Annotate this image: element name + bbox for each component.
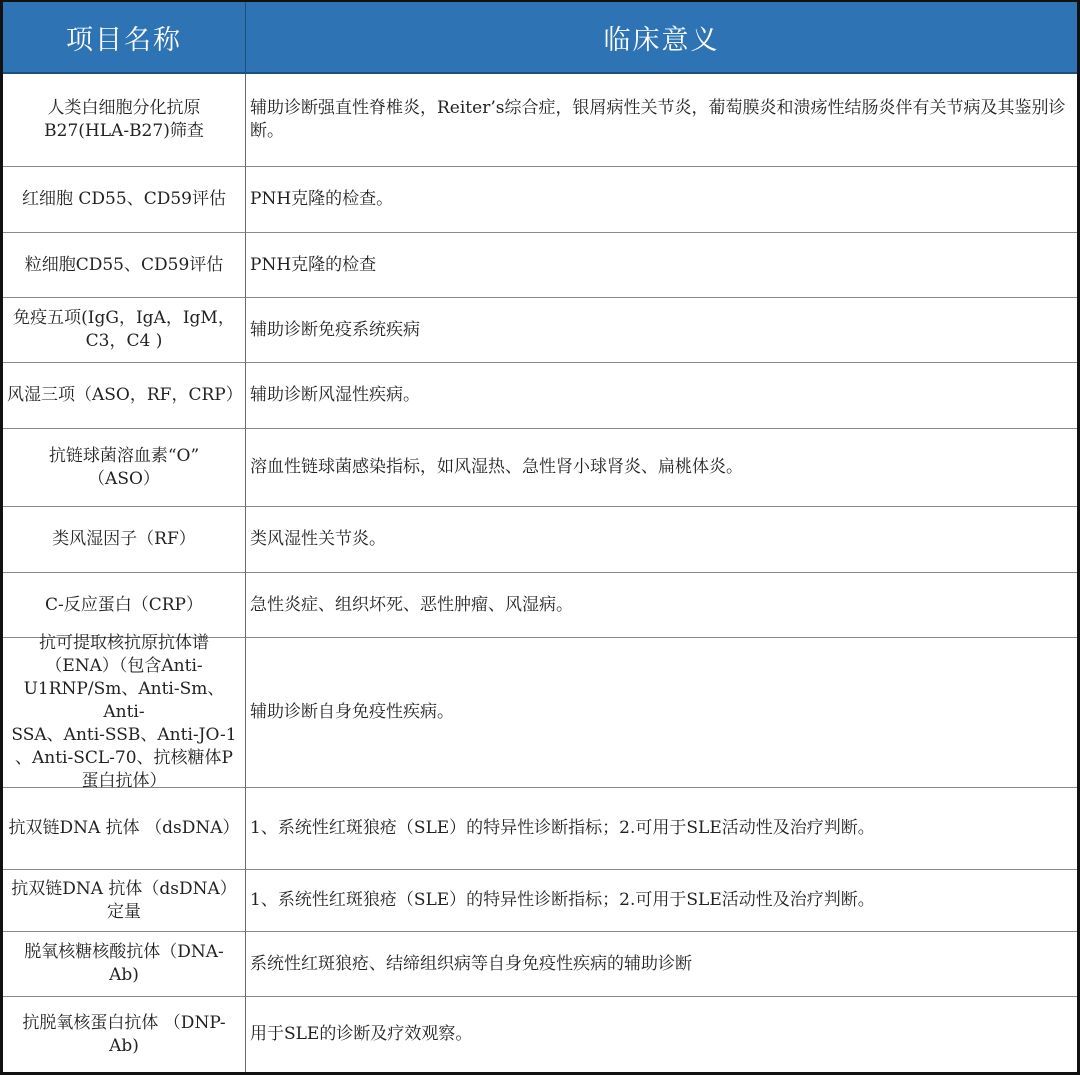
clinical-meaning: 系统性红斑狼疮、结缔组织病等自身免疫性疾病的辅助诊断 bbox=[250, 953, 692, 976]
row-5-name: 风湿三项（ASO，RF，CRP） bbox=[3, 363, 246, 429]
row-13-name: 抗脱氧核蛋白抗体 （DNP- Ab) bbox=[3, 997, 246, 1072]
clinical-meaning: 溶血性链球菌感染指标，如风湿热、急性肾小球肾炎、扁桃体炎。 bbox=[250, 456, 743, 479]
clinical-meaning: PNH克隆的检查 bbox=[250, 254, 376, 277]
row-7-name: 类风湿因子（RF） bbox=[3, 507, 246, 573]
clinical-meaning: 辅助诊断强直性脊椎炎，Reiter’s综合症，银屑病性关节炎，葡萄膜炎和溃疡性结… bbox=[250, 97, 1073, 143]
item-name: 人类白细胞分化抗原 B27(HLA-B27)筛查 bbox=[44, 97, 204, 143]
row-8-name: C-反应蛋白（CRP） bbox=[3, 573, 246, 638]
item-name: 免疫五项(IgG，IgA，IgM， C3，C4 ) bbox=[13, 307, 235, 353]
clinical-meaning: 急性炎症、组织坏死、恶性肿瘤、风湿病。 bbox=[250, 594, 573, 617]
clinical-meaning: 辅助诊断免疫系统疾病 bbox=[250, 319, 420, 342]
row-5-meaning: 辅助诊断风湿性疾病。 bbox=[246, 363, 1077, 429]
clinical-meaning: 类风湿性关节炎。 bbox=[250, 528, 386, 551]
item-name: 脱氧核糖核酸抗体（DNA- Ab) bbox=[24, 941, 224, 987]
header-clinical-meaning: 临床意义 bbox=[246, 2, 1077, 74]
item-name: 粒细胞CD55、CD59评估 bbox=[25, 254, 224, 277]
row-8-meaning: 急性炎症、组织坏死、恶性肿瘤、风湿病。 bbox=[246, 573, 1077, 638]
item-name: 风湿三项（ASO，RF，CRP） bbox=[7, 384, 241, 407]
header-clinical-meaning-label: 临床意义 bbox=[604, 18, 720, 57]
item-name: C-反应蛋白（CRP） bbox=[45, 594, 203, 617]
row-1-name: 人类白细胞分化抗原 B27(HLA-B27)筛查 bbox=[3, 74, 246, 167]
row-3-meaning: PNH克隆的检查 bbox=[246, 233, 1077, 298]
item-name: 红细胞 CD55、CD59评估 bbox=[22, 188, 226, 211]
row-4-meaning: 辅助诊断免疫系统疾病 bbox=[246, 298, 1077, 363]
item-name: 抗可提取核抗原抗体谱 （ENA）（包含Anti- U1RNP/Sm、Anti-S… bbox=[7, 632, 241, 793]
row-7-meaning: 类风湿性关节炎。 bbox=[246, 507, 1077, 573]
item-name: 抗链球菌溶血素“O” （ASO） bbox=[49, 445, 199, 491]
clinical-tests-table: 项目名称 临床意义 人类白细胞分化抗原 B27(HLA-B27)筛查 辅助诊断强… bbox=[0, 0, 1080, 1075]
clinical-meaning: 辅助诊断风湿性疾病。 bbox=[250, 384, 420, 407]
item-name: 类风湿因子（RF） bbox=[52, 528, 196, 551]
item-name: 抗双链DNA 抗体 （dsDNA） bbox=[9, 817, 240, 840]
row-12-name: 脱氧核糖核酸抗体（DNA- Ab) bbox=[3, 932, 246, 997]
row-4-name: 免疫五项(IgG，IgA，IgM， C3，C4 ) bbox=[3, 298, 246, 363]
row-11-meaning: 1、系统性红斑狼疮（SLE）的特异性诊断指标；2.可用于SLE活动性及治疗判断。 bbox=[246, 870, 1077, 932]
clinical-meaning: 1、系统性红斑狼疮（SLE）的特异性诊断指标；2.可用于SLE活动性及治疗判断。 bbox=[250, 889, 875, 912]
row-12-meaning: 系统性红斑狼疮、结缔组织病等自身免疫性疾病的辅助诊断 bbox=[246, 932, 1077, 997]
row-13-meaning: 用于SLE的诊断及疗效观察。 bbox=[246, 997, 1077, 1072]
clinical-meaning: 1、系统性红斑狼疮（SLE）的特异性诊断指标；2.可用于SLE活动性及治疗判断。 bbox=[250, 817, 875, 840]
row-10-name: 抗双链DNA 抗体 （dsDNA） bbox=[3, 788, 246, 870]
row-6-meaning: 溶血性链球菌感染指标，如风湿热、急性肾小球肾炎、扁桃体炎。 bbox=[246, 429, 1077, 507]
item-name: 抗脱氧核蛋白抗体 （DNP- Ab) bbox=[22, 1012, 225, 1058]
row-9-meaning: 辅助诊断自身免疫性疾病。 bbox=[246, 638, 1077, 788]
row-9-name: 抗可提取核抗原抗体谱 （ENA）（包含Anti- U1RNP/Sm、Anti-S… bbox=[3, 638, 246, 788]
row-1-meaning: 辅助诊断强直性脊椎炎，Reiter’s综合症，银屑病性关节炎，葡萄膜炎和溃疡性结… bbox=[246, 74, 1077, 167]
row-2-name: 红细胞 CD55、CD59评估 bbox=[3, 167, 246, 233]
row-11-name: 抗双链DNA 抗体（dsDNA） 定量 bbox=[3, 870, 246, 932]
item-name: 抗双链DNA 抗体（dsDNA） 定量 bbox=[11, 878, 237, 924]
header-item-name-label: 项目名称 bbox=[66, 18, 182, 57]
row-3-name: 粒细胞CD55、CD59评估 bbox=[3, 233, 246, 298]
clinical-meaning: 用于SLE的诊断及疗效观察。 bbox=[250, 1023, 472, 1046]
row-10-meaning: 1、系统性红斑狼疮（SLE）的特异性诊断指标；2.可用于SLE活动性及治疗判断。 bbox=[246, 788, 1077, 870]
header-item-name: 项目名称 bbox=[3, 2, 246, 74]
clinical-meaning: PNH克隆的检查。 bbox=[250, 188, 393, 211]
row-2-meaning: PNH克隆的检查。 bbox=[246, 167, 1077, 233]
row-6-name: 抗链球菌溶血素“O” （ASO） bbox=[3, 429, 246, 507]
clinical-meaning: 辅助诊断自身免疫性疾病。 bbox=[250, 701, 454, 724]
